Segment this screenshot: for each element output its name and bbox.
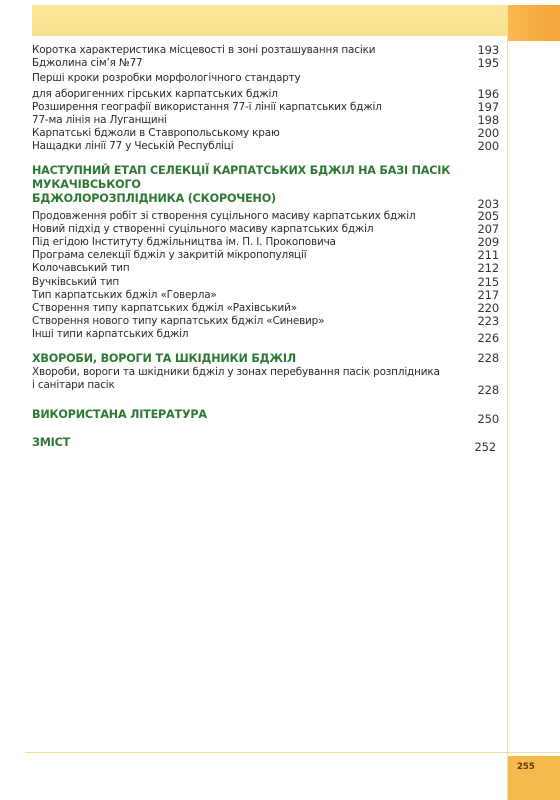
toc-section-heading-row[interactable]: ЗМІСТ 252 <box>32 436 502 450</box>
margin-rule-vertical <box>507 36 508 800</box>
toc-entry[interactable]: Коротка характеристика місцевості в зоні… <box>32 44 502 57</box>
toc-entry[interactable]: Під егідою Інституту бджільництва ім. П.… <box>32 236 502 249</box>
section-heading[interactable]: НАСТУПНИЙ ЕТАП СЕЛЕКЦІЇ КАРПАТСЬКИХ БДЖІ… <box>32 164 502 192</box>
toc-entry[interactable]: для аборигенних гірських карпатських бдж… <box>32 88 502 101</box>
toc-entry[interactable]: Хвороби, вороги та шкідники бджіл у зона… <box>32 366 502 379</box>
toc-entry[interactable]: Розширення географії використання 77-ї л… <box>32 101 502 114</box>
page-number: 255 <box>517 762 535 772</box>
header-banner <box>32 5 508 36</box>
header-accent-strip <box>508 5 560 41</box>
toc-entry[interactable]: Продовження робіт зі створення суцільног… <box>32 210 502 223</box>
toc-section-heading-row[interactable]: ВИКОРИСТАНА ЛІТЕРАТУРА 250 <box>32 408 502 422</box>
toc-entry[interactable]: Тип карпатських бджіл «Говерла»217 <box>32 289 502 302</box>
toc-entry[interactable]: Вучківський тип215 <box>32 276 502 289</box>
toc-section-heading-row[interactable]: БДЖОЛОРОЗПЛІДНИКА (СКОРОЧЕНО) 203 <box>32 192 502 206</box>
toc-entry[interactable]: Програма селекції бджіл у закритій мікро… <box>32 249 502 262</box>
toc-entry[interactable]: Бджолина сім’я №77195 <box>32 57 502 70</box>
toc-entry[interactable]: Колочавський тип212 <box>32 262 502 275</box>
toc-entry[interactable]: Нащадки лінії 77 у Чеській Республіці200 <box>32 140 502 153</box>
toc-entry[interactable]: Інші типи карпатських бджіл226 <box>32 328 502 341</box>
toc-entry[interactable]: і санітари пасік 228 <box>32 379 502 392</box>
toc-entry[interactable]: Карпатські бджоли в Ставропольському кра… <box>32 127 502 140</box>
toc-entry[interactable]: 77-ма лінія на Луганщині198 <box>32 114 502 127</box>
toc-entry[interactable]: Створення нового типу карпатських бджіл … <box>32 315 502 328</box>
toc-entry[interactable]: Створення типу карпатських бджіл «Рахівс… <box>32 302 502 315</box>
footer-rule <box>25 752 560 753</box>
table-of-contents: Коротка характеристика місцевості в зоні… <box>32 44 502 450</box>
toc-section-heading-row[interactable]: ХВОРОБИ, ВОРОГИ ТА ШКІДНИКИ БДЖІЛ 228 <box>32 352 502 366</box>
toc-entry[interactable]: Новий підхід у створенні суцільного маси… <box>32 223 502 236</box>
toc-entry[interactable]: Перші кроки розробки морфологічного стан… <box>32 72 502 85</box>
